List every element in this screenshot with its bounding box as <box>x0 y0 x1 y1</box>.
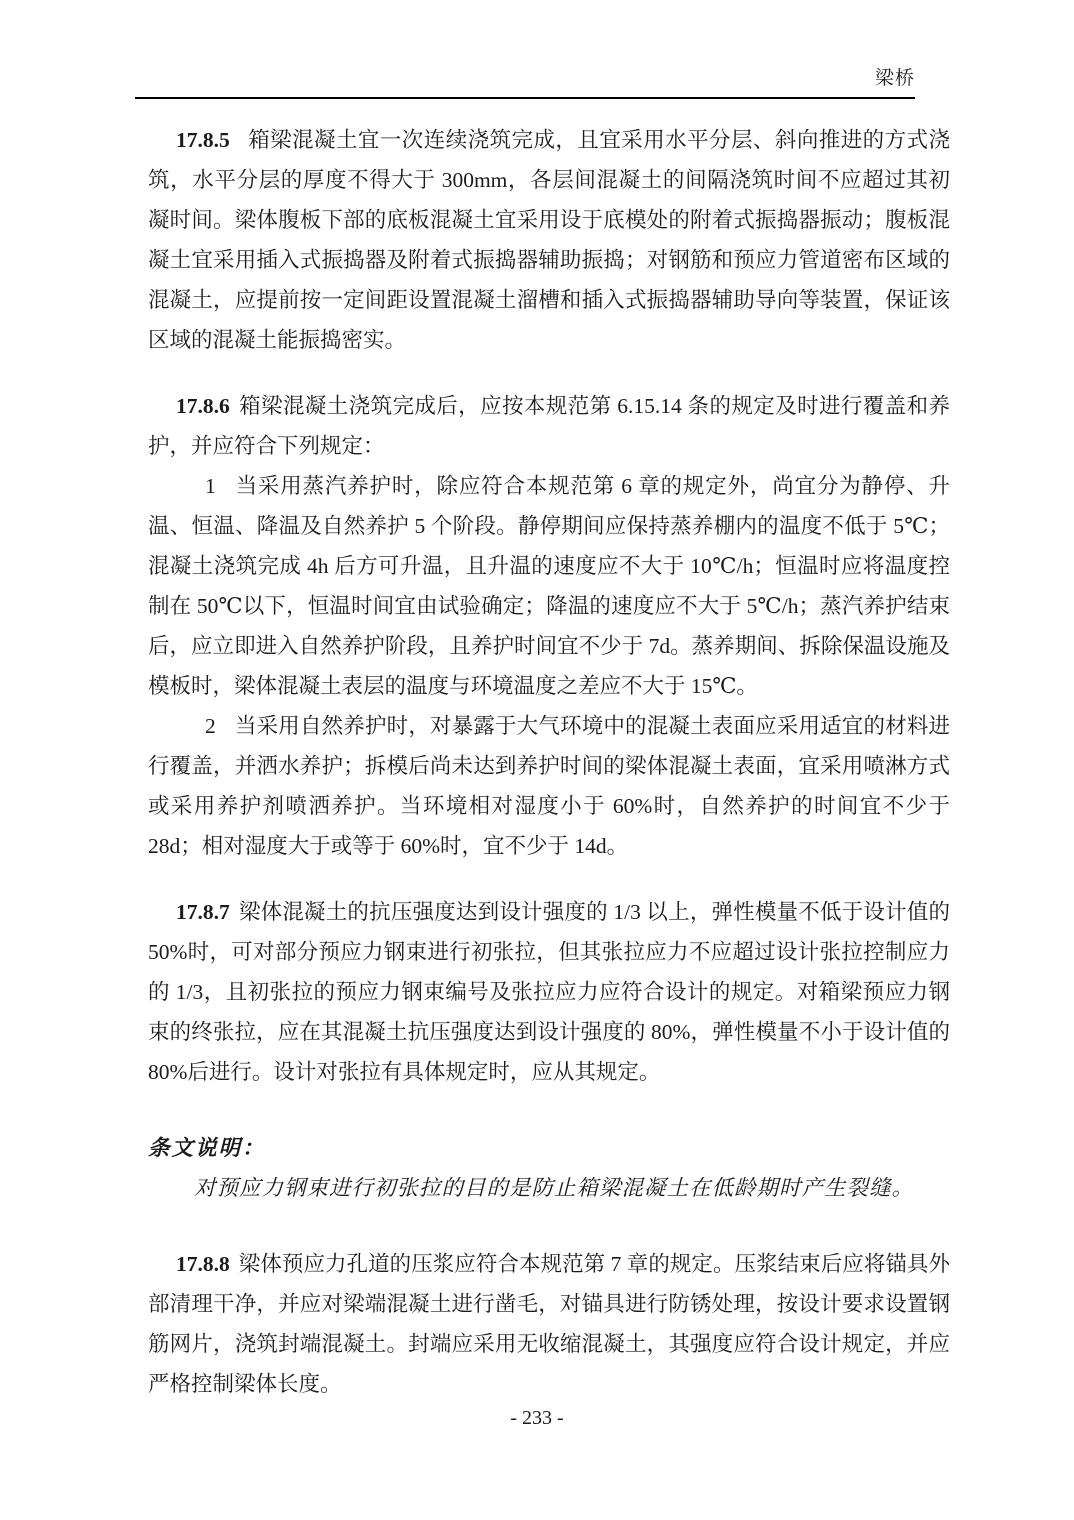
commentary-heading: 条文说明： <box>148 1128 950 1168</box>
clause-17-8-6: 17.8.6箱梁混凝土浇筑完成后，应按本规范第 6.15.14 条的规定及时进行… <box>148 386 950 466</box>
list-item-1: 1当采用蒸汽养护时，除应符合本规范第 6 章的规定外，尚宜分为静停、升温、恒温、… <box>148 466 950 706</box>
page-number: - 233 - <box>510 1407 563 1429</box>
list-item-1-text: 当采用蒸汽养护时，除应符合本规范第 6 章的规定外，尚宜分为静停、升温、恒温、降… <box>148 474 950 698</box>
list-item-2-text: 当采用自然养护时，对暴露于大气环境中的混凝土表面应采用适宜的材料进行覆盖，并洒水… <box>148 714 950 858</box>
clause-body-17-8-7: 梁体混凝土的抗压强度达到设计强度的 1/3 以上，弹性模量不低于设计值的 50%… <box>148 900 950 1084</box>
document-page: 梁桥 17.8.5箱梁混凝土宜一次连续浇筑完成，且宜采用水平分层、斜向推进的方式… <box>0 0 1074 1520</box>
clause-17-8-7: 17.8.7梁体混凝土的抗压强度达到设计强度的 1/3 以上，弹性模量不低于设计… <box>148 892 950 1092</box>
page-content: 17.8.5箱梁混凝土宜一次连续浇筑完成，且宜采用水平分层、斜向推进的方式浇筑，… <box>148 120 950 1404</box>
clause-number-17-8-8: 17.8.8 <box>176 1252 230 1276</box>
clause-17-8-5: 17.8.5箱梁混凝土宜一次连续浇筑完成，且宜采用水平分层、斜向推进的方式浇筑，… <box>148 120 950 360</box>
list-item-1-number: 1 <box>205 474 216 498</box>
page-header: 梁桥 <box>135 0 915 99</box>
clause-body-17-8-6: 箱梁混凝土浇筑完成后，应按本规范第 6.15.14 条的规定及时进行覆盖和养护，… <box>148 394 950 458</box>
clause-number-17-8-5: 17.8.5 <box>176 128 230 152</box>
clause-body-17-8-5: 箱梁混凝土宜一次连续浇筑完成，且宜采用水平分层、斜向推进的方式浇筑，水平分层的厚… <box>148 128 950 352</box>
header-title: 梁桥 <box>875 68 915 89</box>
clause-body-17-8-8: 梁体预应力孔道的压浆应符合本规范第 7 章的规定。压浆结束后应将锚具外部清理干净… <box>148 1252 950 1396</box>
list-item-2-number: 2 <box>205 714 216 738</box>
clause-number-17-8-6: 17.8.6 <box>176 394 230 418</box>
commentary-note: 对预应力钢束进行初张拉的目的是防止箱梁混凝土在低龄期时产生裂缝。 <box>148 1168 950 1208</box>
page-footer: - 233 - <box>0 1404 1074 1432</box>
clause-17-8-8: 17.8.8梁体预应力孔道的压浆应符合本规范第 7 章的规定。压浆结束后应将锚具… <box>148 1244 950 1404</box>
clause-number-17-8-7: 17.8.7 <box>176 900 230 924</box>
list-item-2: 2当采用自然养护时，对暴露于大气环境中的混凝土表面应采用适宜的材料进行覆盖，并洒… <box>148 706 950 866</box>
